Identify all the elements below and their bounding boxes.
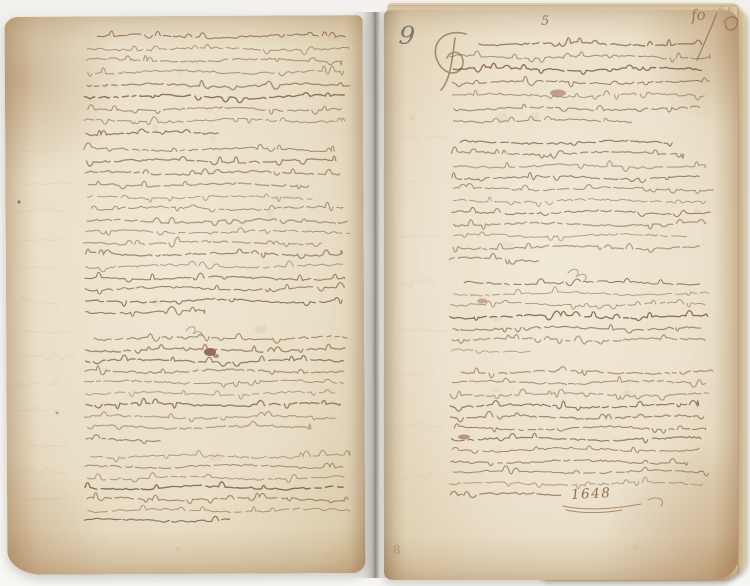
manuscript-book: 9 5 fo 8 1648	[0, 0, 750, 586]
manuscript-page-right	[384, 10, 738, 580]
photograph-backdrop: 9 5 fo 8 1648	[0, 0, 750, 586]
manuscript-page-left	[5, 15, 366, 575]
